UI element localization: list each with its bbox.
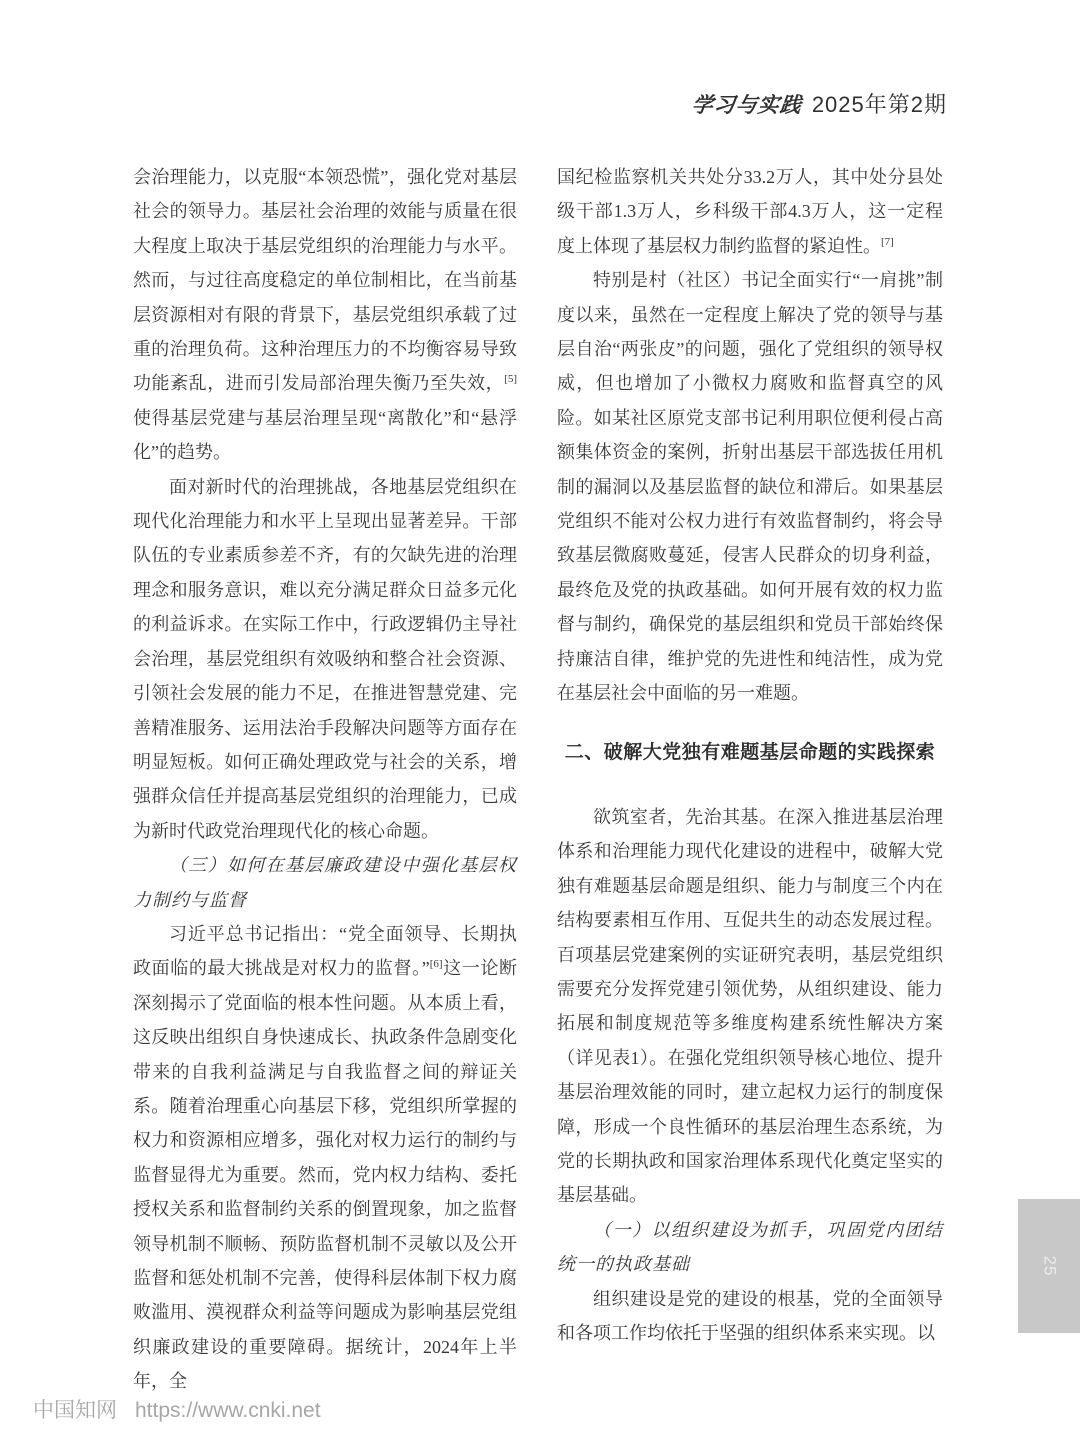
paragraph-continuation: 国纪检监察机关共处分33.2万人，其中处分县处级干部1.3万人，乡科级干部4.3…: [557, 160, 943, 263]
footnote-ref-6: [6]: [430, 958, 443, 970]
paragraph-continuation: 会治理能力，以克服“本领恐慌”，强化党对基层社会的领导力。基层社会治理的效能与质…: [133, 160, 517, 470]
journal-name: 学习与实践: [690, 89, 803, 119]
paper-page: { "header": { "journal": "学习与实践", "issue…: [0, 0, 1080, 1455]
left-column: 会治理能力，以克服“本领恐慌”，强化党对基层社会的领导力。基层社会治理的效能与质…: [133, 160, 517, 1399]
paragraph: 特别是村（社区）书记全面实行“一肩挑”制度以来，虽然在一定程度上解决了党的领导与…: [557, 263, 943, 710]
cnki-site-name: 中国知网: [33, 1394, 117, 1424]
paragraph: 欲筑室者，先治其基。在深入推进基层治理体系和治理能力现代化建设的进程中，破解大党…: [557, 800, 943, 1213]
section-heading-2: 二、破解大党独有难题基层命题的实践探索: [557, 736, 943, 770]
subsection-heading-3: （三）如何在基层廉政建设中强化基层权力制约与监督: [133, 848, 517, 917]
page-number: 25: [1039, 1256, 1059, 1277]
paragraph: 习近平总书记指出：“党全面领导、长期执政面临的最大挑战是对权力的监督。”[6]这…: [133, 917, 517, 1399]
text-segment: 这一论断深刻揭示了党面临的根本性问题。从本质上看，这反映出组织自身快速成长、执政…: [133, 958, 517, 1391]
right-column: 国纪检监察机关共处分33.2万人，其中处分县处级干部1.3万人，乡科级干部4.3…: [557, 160, 943, 1350]
footnote-ref-7: [7]: [881, 236, 894, 248]
journal-issue: 2025年第2期: [812, 88, 947, 119]
cnki-footer: 中国知网 https://www.cnki.net: [33, 1394, 321, 1424]
journal-header: 学习与实践 2025年第2期: [692, 88, 947, 119]
paragraph: 组织建设是党的建设的根基，党的全面领导和各项工作均依托于坚强的组织体系来实现。以: [557, 1282, 943, 1351]
footnote-ref-5: [5]: [504, 373, 517, 385]
text-segment: 使得基层党建与基层治理呈现“离散化”和“悬浮化”的趋势。: [133, 408, 517, 462]
subsection-heading-1: （一）以组织建设为抓手，巩固党内团结统一的执政基础: [557, 1213, 943, 1282]
text-segment: 会治理能力，以克服“本领恐慌”，强化党对基层社会的领导力。基层社会治理的效能与质…: [133, 167, 517, 393]
cnki-site-url: https://www.cnki.net: [135, 1399, 321, 1423]
page-number-tab: 25: [1018, 1199, 1080, 1333]
paragraph: 面对新时代的治理挑战，各地基层党组织在现代化治理能力和水平上呈现出显著差异。干部…: [133, 470, 517, 848]
